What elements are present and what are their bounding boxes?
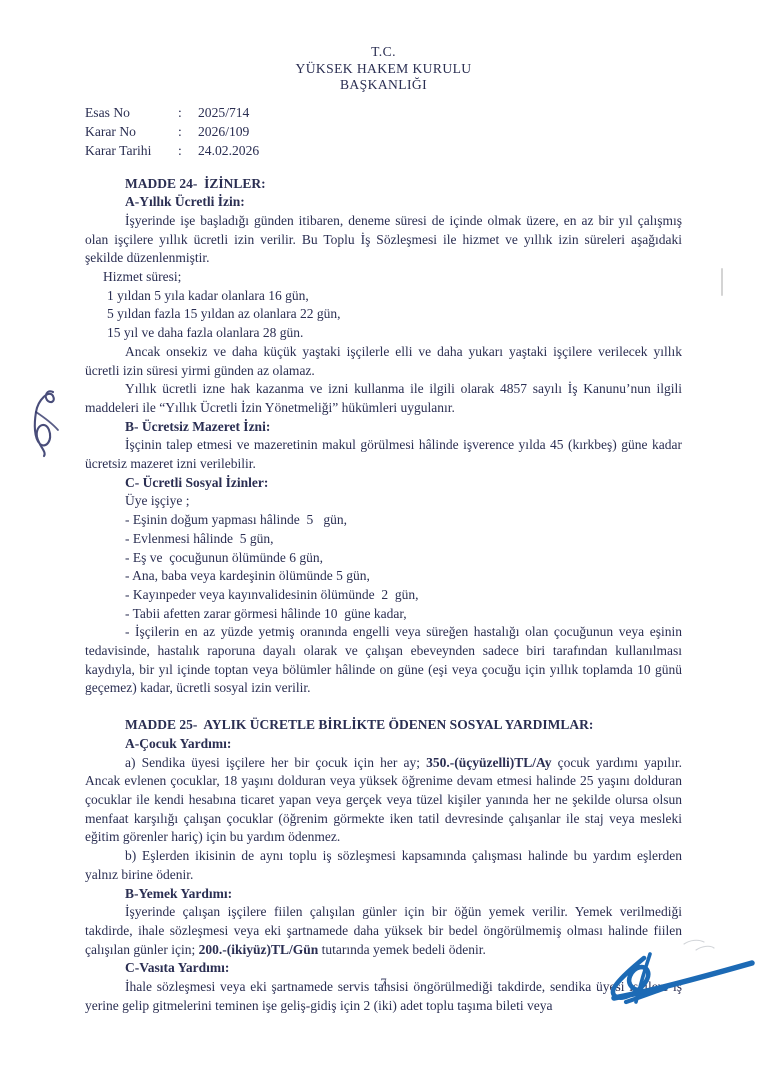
meta-value: 2025/714 (198, 103, 249, 122)
document-content: MADDE 24- İZİNLER:A-Yıllık Ücretli İzin:… (85, 175, 682, 1016)
meta-value: 24.02.2026 (198, 141, 259, 160)
text-line: - Evlenmesi hâlinde 5 gün, (85, 530, 682, 549)
letterhead-line-baskanlik: BAŞKANLIĞI (85, 77, 682, 94)
ucretsiz-mazeret-izni-heading: B- Ücretsiz Mazeret İzni: (85, 418, 682, 437)
meta-row-karar-no: Karar No : 2026/109 (85, 122, 682, 141)
letterhead-line-tc: T.C. (85, 44, 682, 61)
meta-row-karar-tarihi: Karar Tarihi : 24.02.2026 (85, 141, 682, 160)
text-line: - Tabii afetten zarar görmesi hâlinde 10… (85, 605, 682, 624)
meta-value: 2026/109 (198, 122, 249, 141)
paragraph: Ancak onsekiz ve daha küçük yaştaki işçi… (85, 343, 682, 380)
text-line: - Kayınpeder veya kayınvalidesinin ölümü… (85, 586, 682, 605)
signature (592, 936, 762, 1016)
meta-label: Karar No (85, 122, 178, 141)
paragraph: Yıllık ücretli izne hak kazanma ve izni … (85, 380, 682, 417)
madde-25-heading: MADDE 25- AYLIK ÜCRETLE BİRLİKTE ÖDENEN … (85, 716, 682, 735)
paragraph: a) Sendika üyesi işçilere her bir çocuk … (85, 754, 682, 848)
meta-row-esas-no: Esas No : 2025/714 (85, 103, 682, 122)
ucretli-sosyal-izinler-heading: C- Ücretli Sosyal İzinler: (85, 474, 682, 493)
letterhead-line-kurul: YÜKSEK HAKEM KURULU (85, 61, 682, 78)
cocuk-yardimi-heading: A-Çocuk Yardımı: (85, 735, 682, 754)
case-meta: Esas No : 2025/714 Karar No : 2026/109 K… (85, 103, 682, 160)
meta-label: Esas No (85, 103, 178, 122)
document-page: T.C. YÜKSEK HAKEM KURULU BAŞKANLIĞI Esas… (0, 0, 763, 1080)
text-line: Üye işçiye ; (85, 492, 682, 511)
text-line: - Ana, baba veya kardeşinin ölümünde 5 g… (85, 567, 682, 586)
yillik-ucretli-izin-heading: A-Yıllık Ücretli İzin: (85, 193, 682, 212)
paragraph: İşyerinde işe başladığı günden itibaren,… (85, 212, 682, 268)
meta-separator: : (178, 141, 198, 160)
letterhead: T.C. YÜKSEK HAKEM KURULU BAŞKANLIĞI (85, 44, 682, 94)
meta-separator: : (178, 122, 198, 141)
meta-label: Karar Tarihi (85, 141, 178, 160)
text-line: 1 yıldan 5 yıla kadar olanlara 16 gün, (85, 287, 682, 306)
text-line: - Eşinin doğum yapması hâlinde 5 gün, (85, 511, 682, 530)
text-line: Hizmet süresi; (85, 268, 682, 287)
text-line: 15 yıl ve daha fazla olanlara 28 gün. (85, 324, 682, 343)
madde-24-heading: MADDE 24- İZİNLER: (85, 175, 682, 194)
blank-line (85, 698, 682, 716)
meta-separator: : (178, 103, 198, 122)
document-content-area: T.C. YÜKSEK HAKEM KURULU BAŞKANLIĞI Esas… (85, 44, 682, 1015)
scan-artifact (721, 268, 723, 296)
paragraph: - İşçilerin en az yüzde yetmiş oranında … (85, 623, 682, 698)
yemek-yardimi-heading: B-Yemek Yardımı: (85, 885, 682, 904)
margin-paraph-scribble (20, 386, 68, 464)
paragraph: İşçinin talep etmesi ve mazeretinin maku… (85, 436, 682, 473)
paragraph: b) Eşlerden ikisinin de aynı toplu iş sö… (85, 847, 682, 884)
text-line: - Eş ve çocuğunun ölümünde 6 gün, (85, 549, 682, 568)
text-line: 5 yıldan fazla 15 yıldan az olanlara 22 … (85, 305, 682, 324)
